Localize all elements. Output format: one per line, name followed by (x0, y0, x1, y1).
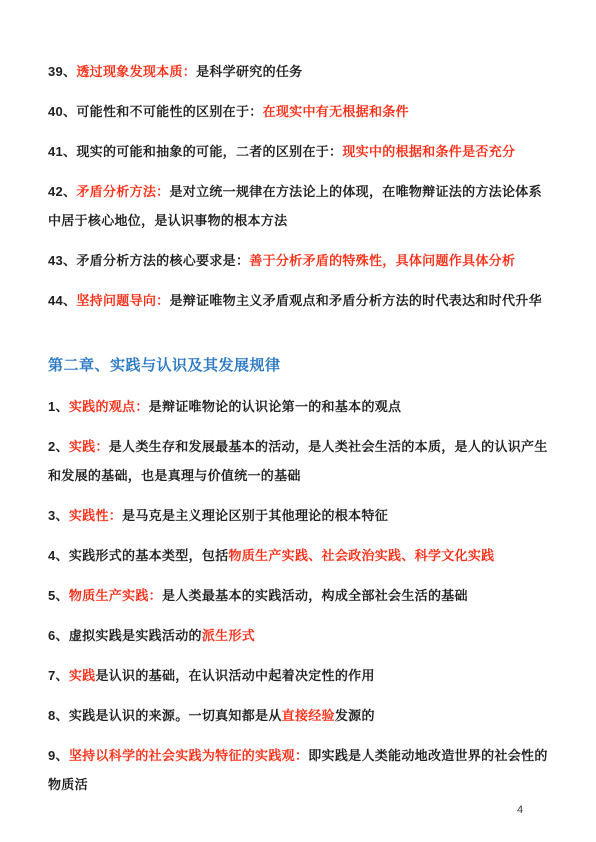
document-page: 39、透过现象发现本质：是科学研究的任务40、可能性和不可能性的区别在于：在现实… (0, 0, 596, 842)
highlighted-term: 实践的观点： (69, 399, 149, 414)
note-item: 9、坚持以科学的社会实践为特征的实践观：即实践是人类能动地改造世界的社会性的物质… (48, 741, 552, 799)
body-text: 发源的 (335, 708, 375, 723)
body-text: 41、现实的可能和抽象的可能，二者的区别在于： (48, 144, 342, 159)
note-item: 7、实践是认识的基础，在认识活动中起着决定性的作用 (48, 661, 552, 690)
note-item: 2、实践：是人类生存和发展最基本的活动，是人类社会生活的本质，是人的认识产生和发… (48, 432, 552, 490)
document-content: 39、透过现象发现本质：是科学研究的任务40、可能性和不可能性的区别在于：在现实… (48, 57, 552, 810)
body-text: 9、 (48, 748, 69, 763)
body-text: 43、矛盾分析方法的核心要求是： (48, 253, 249, 268)
note-item: 40、可能性和不可能性的区别在于：在现实中有无根据和条件 (48, 97, 552, 126)
highlighted-term: 实践性： (69, 508, 122, 523)
highlighted-term: 透过现象发现本质： (76, 64, 196, 79)
note-item: 6、虚拟实践是实践活动的派生形式 (48, 621, 552, 650)
note-item: 41、现实的可能和抽象的可能，二者的区别在于：现实中的根据和条件是否充分 (48, 137, 552, 166)
note-item: 42、矛盾分析方法：是对立统一规律在方法论上的体现，在唯物辩证法的方法论体系中居… (48, 177, 552, 235)
body-text: 是科学研究的任务 (196, 64, 302, 79)
body-text: 40、可能性和不可能性的区别在于： (48, 104, 263, 119)
note-item: 4、实践形式的基本类型，包括物质生产实践、社会政治实践、科学文化实践 (48, 541, 552, 570)
highlighted-term: 派生形式 (202, 628, 255, 643)
body-text: 42、 (48, 184, 76, 199)
note-item: 43、矛盾分析方法的核心要求是：善于分析矛盾的特殊性，具体问题作具体分析 (48, 246, 552, 275)
note-item: 8、实践是认识的来源。一切真知都是从直接经验发源的 (48, 701, 552, 730)
highlighted-term: 物质生产实践、社会政治实践、科学文化实践 (228, 548, 494, 563)
note-item: 1、实践的观点：是辩证唯物论的认识论第一的和基本的观点 (48, 392, 552, 421)
highlighted-term: 现实中的根据和条件是否充分 (342, 144, 515, 159)
note-item: 3、实践性：是马克是主义理论区别于其他理论的根本特征 (48, 501, 552, 530)
note-item: 5、物质生产实践：是人类最基本的实践活动，构成全部社会生活的基础 (48, 581, 552, 610)
highlighted-term: 实践： (69, 439, 109, 454)
body-text: 39、 (48, 64, 76, 79)
highlighted-term: 物质生产实践： (69, 588, 162, 603)
body-text: 1、 (48, 399, 69, 414)
highlighted-term: 直接经验 (282, 708, 335, 723)
chapter-heading: 第二章、实践与认识及其发展规律 (48, 351, 552, 380)
highlighted-term: 善于分析矛盾的特殊性，具体问题作具体分析 (249, 253, 515, 268)
body-text: 44、 (48, 293, 76, 308)
highlighted-term: 实践 (69, 668, 96, 683)
body-text: 7、 (48, 668, 69, 683)
highlighted-term: 坚持以科学的社会实践为特征的实践观： (69, 748, 308, 763)
note-item: 39、透过现象发现本质：是科学研究的任务 (48, 57, 552, 86)
body-text: 是辩证唯物论的认识论第一的和基本的观点 (149, 399, 402, 414)
body-text: 8、实践是认识的来源。一切真知都是从 (48, 708, 282, 723)
body-text: 是马克是主义理论区别于其他理论的根本特征 (122, 508, 388, 523)
body-text: 6、虚拟实践是实践活动的 (48, 628, 202, 643)
body-text: 2、 (48, 439, 69, 454)
highlighted-term: 矛盾分析方法： (76, 184, 169, 199)
body-text: 是辩证唯物主义矛盾观点和矛盾分析方法的时代表达和时代升华 (169, 293, 541, 308)
body-text: 是人类最基本的实践活动，构成全部社会生活的基础 (162, 588, 468, 603)
body-text: 3、 (48, 508, 69, 523)
highlighted-term: 在现实中有无根据和条件 (263, 104, 409, 119)
page-number: 4 (510, 804, 530, 816)
highlighted-term: 坚持问题导向： (76, 293, 169, 308)
note-item: 44、坚持问题导向：是辩证唯物主义矛盾观点和矛盾分析方法的时代表达和时代升华 (48, 286, 552, 315)
body-text: 是人类生存和发展最基本的活动，是人类社会生活的本质，是人的认识产生和发展的基础，… (48, 439, 548, 483)
body-text: 是认识的基础，在认识活动中起着决定性的作用 (95, 668, 374, 683)
body-text: 4、实践形式的基本类型，包括 (48, 548, 228, 563)
body-text: 5、 (48, 588, 69, 603)
